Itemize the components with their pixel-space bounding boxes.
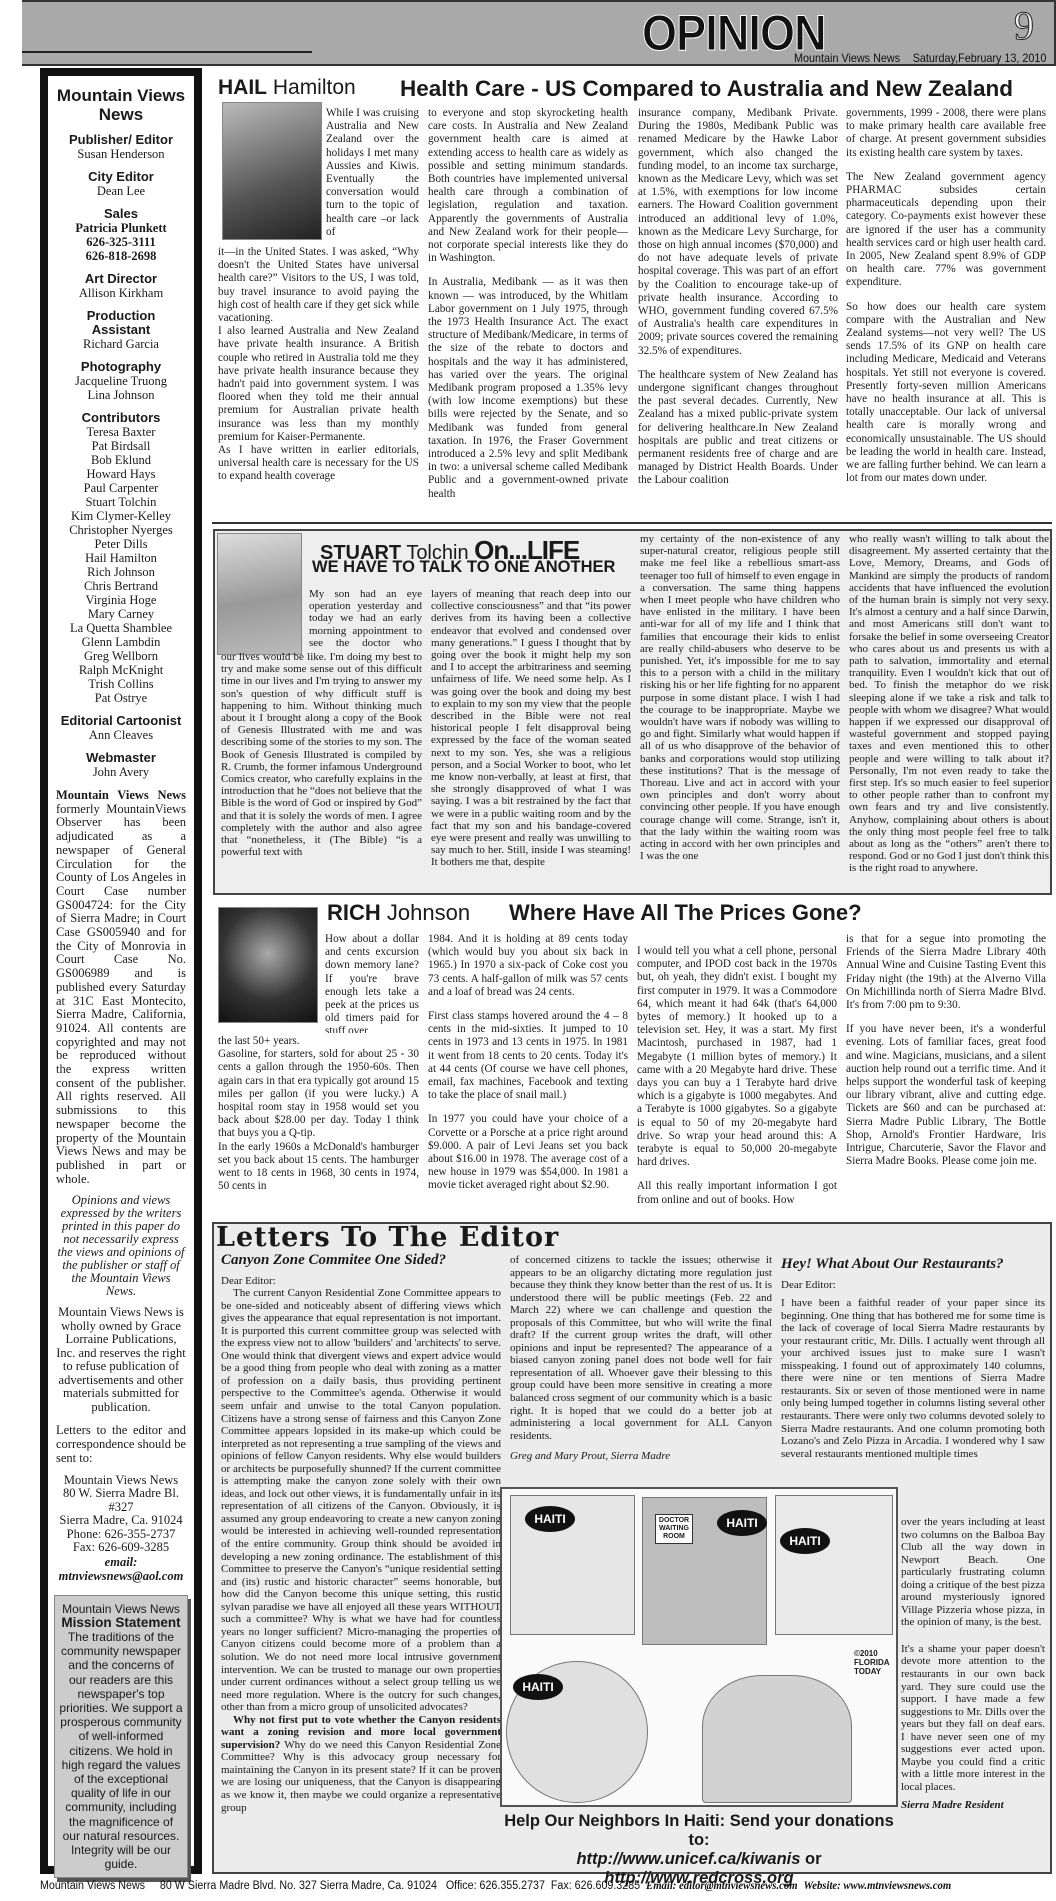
haiti-appeal: Help Our Neighbors In Haiti: Send your d… [500, 1812, 898, 1888]
footer-email[interactable]: Email: editor@mtnviewsnews.com [646, 1880, 798, 1892]
paragraph: governments, 1999 - 2008, there were pla… [846, 107, 1046, 160]
cartoon-panel-waiting-room: DOCTOR WAITING ROOM HAITI [642, 1497, 767, 1645]
prices-col1-top: How about a dollar and cents excursion d… [325, 933, 419, 1033]
staff-name: Ann Cleaves [56, 728, 186, 742]
cartoon-panel-hug: HAITI [506, 1661, 648, 1803]
staff-name: Kim Clymer-Kelley [56, 509, 186, 523]
staff-name: Chris Bertrand [56, 579, 186, 593]
staff-name: La Quetta Shamblee [56, 621, 186, 635]
mission-title-1: Mountain Views News [59, 1602, 183, 1616]
paragraph: So how does our health care system compa… [846, 301, 1046, 486]
paragraph: The healthcare system of New Zealand has… [638, 369, 838, 488]
header-subline: Mountain Views NewsSaturday,February 13,… [781, 51, 1046, 65]
footer-fax: Fax: 626.609.3285 [551, 1880, 640, 1892]
paragraph: Gasoline, for starters, sold for about 2… [218, 1048, 419, 1140]
byline-johnson: RICH Johnson [327, 900, 470, 926]
health-col4: governments, 1999 - 2008, there were pla… [846, 107, 1046, 496]
email-link[interactable]: mtnviewsnews@aol.com [56, 1569, 186, 1583]
paragraph: The New Zealand government agency PHARMA… [846, 171, 1046, 290]
thought-bubble: HAITI [525, 1506, 575, 1532]
life-col2: layers of meaning that reach deep into o… [431, 588, 631, 893]
legal-text: formerly MountainViews Observer has been… [56, 802, 186, 1186]
letter-canyon-col2: of concerned citizens to tackle the issu… [510, 1254, 772, 1463]
letter-restaurants-p2: It's a shame your paper doesn't devote m… [901, 1643, 1045, 1794]
staff-role: Editorial Cartoonist [56, 714, 186, 728]
paper-name: Mountain Views News [794, 51, 900, 65]
legal-notice: Mountain Views News formerly MountainVie… [56, 789, 186, 1186]
page-footer: Mountain Views News 80 W Sierra Madre Bl… [40, 1880, 985, 1892]
paragraph: it—in the United States. I was asked, “W… [218, 246, 419, 325]
letter-canyon-signature: Greg and Mary Prout, Sierra Madre [510, 1450, 772, 1463]
staff-name: Glenn Lambdin [56, 635, 186, 649]
headline-prices: Where Have All The Prices Gone? [509, 900, 862, 926]
staff-name: 626-818-2698 [56, 249, 186, 263]
header-rule [22, 51, 312, 53]
staff-name: Mary Carney [56, 607, 186, 621]
staff-name: Howard Hays [56, 467, 186, 481]
address-line: Sierra Madre, Ca. 91024 [56, 1514, 186, 1528]
staff-name: Hail Hamilton [56, 551, 186, 565]
haiti-cartoon: HAITI DOCTOR WAITING ROOM HAITI HAITI HA… [500, 1487, 898, 1807]
on-life-box: STUART Tolchin On...LIFE WE HAVE TO TALK… [213, 529, 1052, 895]
staff-role: City Editor [56, 170, 186, 184]
staff-role: Publisher/ Editor [56, 133, 186, 147]
staff-name: Lina Johnson [56, 388, 186, 402]
staff-name: Pat Birdsall [56, 439, 186, 453]
staff-name: Virginia Hoge [56, 593, 186, 607]
haiti-appeal-text: Help Our Neighbors In Haiti: Send your d… [500, 1812, 898, 1850]
staff-name: Peter Dills [56, 537, 186, 551]
author-photo-johnson [218, 907, 318, 1023]
letter-restaurants-salutation: Dear Editor: [781, 1279, 1045, 1292]
staff-name: Rich Johnson [56, 565, 186, 579]
headline-health-care: Health Care - US Compared to Australia a… [400, 76, 1013, 102]
letter-restaurants-p1: I have been a faithful reader of your pa… [781, 1297, 1045, 1460]
staff-name: Paul Carpenter [56, 481, 186, 495]
staff-role: Production Assistant [56, 309, 186, 337]
thought-bubble: HAITI [717, 1510, 767, 1536]
staff-name: Dean Lee [56, 184, 186, 198]
staff-name: Richard Garcia [56, 337, 186, 351]
staff-name: 626-325-3111 [56, 235, 186, 249]
staff-name: Ralph McKnight [56, 663, 186, 677]
letter-canyon-body: The current Canyon Residential Zone Comm… [221, 1287, 501, 1714]
paragraph: All this really important information I … [637, 1180, 837, 1206]
staff-name: Trish Collins [56, 677, 186, 691]
thought-bubble: HAITI [513, 1674, 563, 1700]
life-col1-top: My son had an eye operation yesterday an… [309, 588, 422, 651]
address-line: Phone: 626-355-2737 [56, 1528, 186, 1542]
footer-address: 80 W Sierra Madre Blvd. No. 327 Sierra M… [160, 1880, 437, 1892]
staff-name: Stuart Tolchin [56, 495, 186, 509]
staff-role: Art Director [56, 272, 186, 286]
staff-name: Pat Ostrye [56, 691, 186, 705]
paragraph: In the early 1960s a McDonald's hamburge… [218, 1141, 419, 1194]
page-number: 9 [1014, 2, 1034, 49]
staff-name: Christopher Nyerges [56, 523, 186, 537]
contact-address: Mountain Views News80 W. Sierra Madre Bl… [56, 1474, 186, 1555]
cartoon-panel-check [702, 1675, 852, 1803]
mission-text: The traditions of the community newspape… [59, 1630, 183, 1871]
author-photo-hamilton [222, 102, 322, 240]
legal-lead: Mountain Views News [56, 788, 186, 802]
staff-name: John Avery [56, 765, 186, 779]
paragraph: to everyone and stop skyrocketing health… [428, 107, 628, 265]
prices-col1: the last 50+ years.Gasoline, for starter… [218, 1035, 419, 1193]
email-label: email: [56, 1555, 186, 1569]
letter-canyon-headline: Canyon Zone Commitee One Sided? [221, 1254, 501, 1267]
page-header: OPINION 9 Mountain Views NewsSaturday,Fe… [22, 0, 1056, 66]
staff-role: Contributors [56, 411, 186, 425]
staff-name: Patricia Plunkett [56, 221, 186, 235]
issue-date: Saturday,February 13, 2010 [912, 51, 1046, 65]
paragraph: insurance company, Medibank Private. Dur… [638, 107, 838, 358]
thought-bubble: HAITI [780, 1528, 830, 1554]
footer-website[interactable]: Website: www.mtnviewsnews.com [804, 1880, 952, 1892]
letter-canyon-col1: Canyon Zone Commitee One Sided? Dear Edi… [221, 1254, 501, 1814]
staff-role: Sales [56, 207, 186, 221]
paragraph: As I have written in earlier editorials,… [218, 444, 419, 484]
letter-canyon-salutation: Dear Editor: [221, 1275, 501, 1288]
life-col4: who really wasn't willing to talk about … [849, 533, 1049, 893]
staff-name: Teresa Baxter [56, 425, 186, 439]
letter-restaurants-cont: over the years including at least two co… [901, 1516, 1045, 1812]
mission-title-2: Mission Statement [61, 1615, 180, 1630]
cartoon-credit: ©2010 FLORIDA TODAY [854, 1649, 894, 1676]
paragraph: First class stamps hovered around the 4 … [428, 1010, 628, 1102]
staff-name: Greg Wellborn [56, 649, 186, 663]
doctor-sign: DOCTOR WAITING ROOM [655, 1514, 693, 1544]
footer-name: Mountain Views News [40, 1880, 145, 1892]
staff-role: Webmaster [56, 751, 186, 765]
letter-restaurants-headline: Hey! What About Our Restaurants? [781, 1258, 1045, 1271]
disclaimer: Opinions and views expressed by the writ… [56, 1194, 186, 1298]
health-col2: to everyone and stop skyrocketing health… [428, 107, 628, 512]
author-last: Johnson [387, 900, 470, 925]
health-col1: it—in the United States. I was asked, “W… [218, 246, 419, 484]
address-line: Fax: 626-609-3285 [56, 1541, 186, 1555]
paragraph: 1984. And it is holding at 89 cents toda… [428, 933, 628, 999]
cartoon-panel-dinner: HAITI [775, 1495, 893, 1635]
health-col3: insurance company, Medibank Private. Dur… [638, 107, 838, 499]
letters-note: Letters to the editor and correspondence… [56, 1424, 186, 1465]
unicef-link[interactable]: http://www.unicef.ca/kiwanis [576, 1850, 800, 1868]
life-col1: our lives would be like. I'm doing my be… [221, 651, 422, 891]
staff-name: Jacqueline Truong [56, 374, 186, 388]
masthead-sidebar: Mountain Views News Publisher/ EditorSus… [40, 68, 202, 1874]
staff-list: Publisher/ EditorSusan HendersonCity Edi… [56, 133, 186, 779]
paragraph: In Australia, Medibank — as it was then … [428, 276, 628, 500]
staff-name: Susan Henderson [56, 147, 186, 161]
headline-talk: WE HAVE TO TALK TO ONE ANOTHER [312, 558, 615, 577]
paragraph: In 1977 you could have your choice of a … [428, 1113, 628, 1192]
paragraph: is that for a segue into promoting the F… [846, 933, 1046, 1012]
cartoon-panel-sink: HAITI [510, 1495, 635, 1635]
letter-restaurants-p1-cont: over the years including at least two co… [901, 1516, 1045, 1629]
divider [212, 522, 1052, 524]
footer-office: Office: 626.355.2737 [446, 1880, 545, 1892]
paragraph: the last 50+ years. [218, 1035, 419, 1048]
prices-col2: 1984. And it is holding at 89 cents toda… [428, 933, 628, 1204]
author-first: RICH [327, 900, 381, 925]
ownership-note: Mountain Views News is wholly owned by G… [56, 1306, 186, 1414]
letters-title: Letters To The Editor [216, 1222, 559, 1253]
author-first: HAIL [218, 76, 267, 99]
letter-restaurants: Hey! What About Our Restaurants? Dear Ed… [781, 1258, 1045, 1460]
paragraph: If you have never been, it's a wonderful… [846, 1023, 1046, 1168]
masthead-content: Mountain Views News Publisher/ EditorSus… [48, 76, 194, 1866]
or-text: or [800, 1850, 821, 1868]
letter-restaurants-signature: Sierra Madre Resident [901, 1799, 1045, 1812]
staff-role: Photography [56, 360, 186, 374]
health-col1-top: While I was cruising Australia and New Z… [326, 107, 419, 239]
letters-box: Letters To The Editor Canyon Zone Commit… [212, 1222, 1052, 1874]
address-line: Mountain Views News [56, 1474, 186, 1488]
staff-name: Allison Kirkham [56, 286, 186, 300]
life-col3: my certainty of the non-existence of any… [640, 533, 840, 893]
paragraph: I would tell you what a cell phone, pers… [637, 945, 837, 1169]
mission-statement: Mountain Views News Mission Statement Th… [54, 1595, 188, 1879]
author-last: Hamilton [273, 76, 356, 99]
author-photo-tolchin [217, 533, 302, 655]
letter-canyon-body-2: of concerned citizens to tackle the issu… [510, 1254, 772, 1442]
prices-col3: I would tell you what a cell phone, pers… [637, 945, 837, 1218]
prices-col4: is that for a segue into promoting the F… [846, 933, 1046, 1179]
staff-name: Bob Eklund [56, 453, 186, 467]
paragraph: I also learned Australia and New Zealand… [218, 325, 419, 444]
masthead-title: Mountain Views News [56, 86, 186, 124]
byline-hamilton: HAIL Hamilton [218, 76, 356, 100]
address-line: 80 W. Sierra Madre Bl. #327 [56, 1487, 186, 1514]
